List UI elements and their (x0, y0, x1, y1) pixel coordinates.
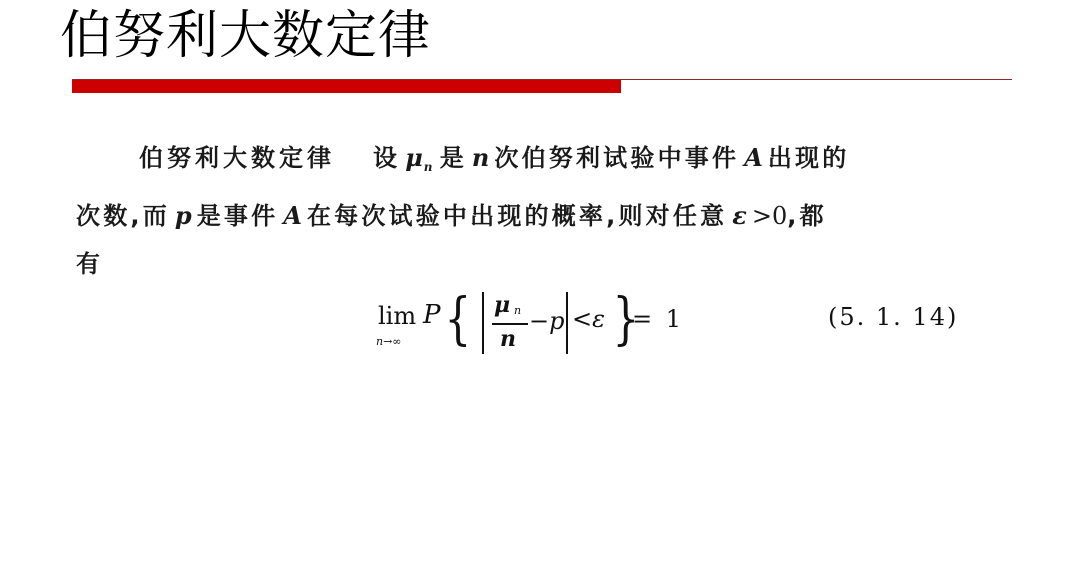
formula-minus-p: −p (529, 307, 564, 335)
theorem-line-2: 次数,而p是事件A在每次试验中出现的概率,则对任意ε>0,都 (76, 192, 958, 241)
text-segment: 次数,而 (76, 202, 170, 230)
formula-left-brace: { (444, 290, 471, 350)
math-epsilon: ε (727, 201, 752, 230)
formula-equals-one: = 1 (632, 305, 684, 333)
equation-number: (5. 1. 14) (828, 303, 958, 331)
formula-abs-bar-left (482, 292, 484, 354)
theorem-name: 伯努利大数定律 (139, 144, 335, 172)
formula-lim: lim (378, 302, 416, 330)
math-A: A (278, 201, 307, 230)
theorem-line-3: 有 (76, 240, 958, 289)
formula-fraction-bar (492, 323, 528, 325)
formula-probability-P: P (423, 300, 441, 330)
math-p: p (170, 201, 197, 230)
formula-less-than-epsilon: <ε (572, 305, 605, 333)
formula-denominator: n (500, 326, 516, 352)
text-segment: 在每次试验中出现的概率,则对任意 (307, 202, 727, 230)
text-segment: 是 (440, 144, 467, 172)
text-segment: 次伯努利试验中事件 (494, 144, 739, 172)
math-n: n (467, 143, 494, 172)
text-segment: 设 (373, 144, 400, 172)
formula-limit-subscript: n→∞ (376, 335, 401, 348)
theorem-paragraph: 伯努利大数定律设μn是n次伯努利试验中事件A出现的 次数,而p是事件A在每次试验… (76, 134, 958, 289)
formula-abs-bar-right (566, 292, 568, 354)
formula-numerator-subscript: n (514, 304, 521, 317)
math-condition: >0 (752, 202, 787, 230)
slide-title: 伯努利大数定律 (60, 2, 431, 70)
theorem-line-1: 伯努利大数定律设μn是n次伯努利试验中事件A出现的 (76, 134, 958, 192)
text-segment: 出现的 (768, 144, 850, 172)
text-segment: 是事件 (197, 202, 279, 230)
formula-numerator: μ (494, 292, 510, 318)
text-segment: ,都 (787, 202, 827, 230)
formula-lt: < (572, 305, 592, 333)
formula-epsilon: ε (592, 305, 605, 333)
math-mu-subscript: n (424, 160, 436, 174)
math-A: A (739, 143, 768, 172)
title-accent-bar (72, 80, 621, 93)
